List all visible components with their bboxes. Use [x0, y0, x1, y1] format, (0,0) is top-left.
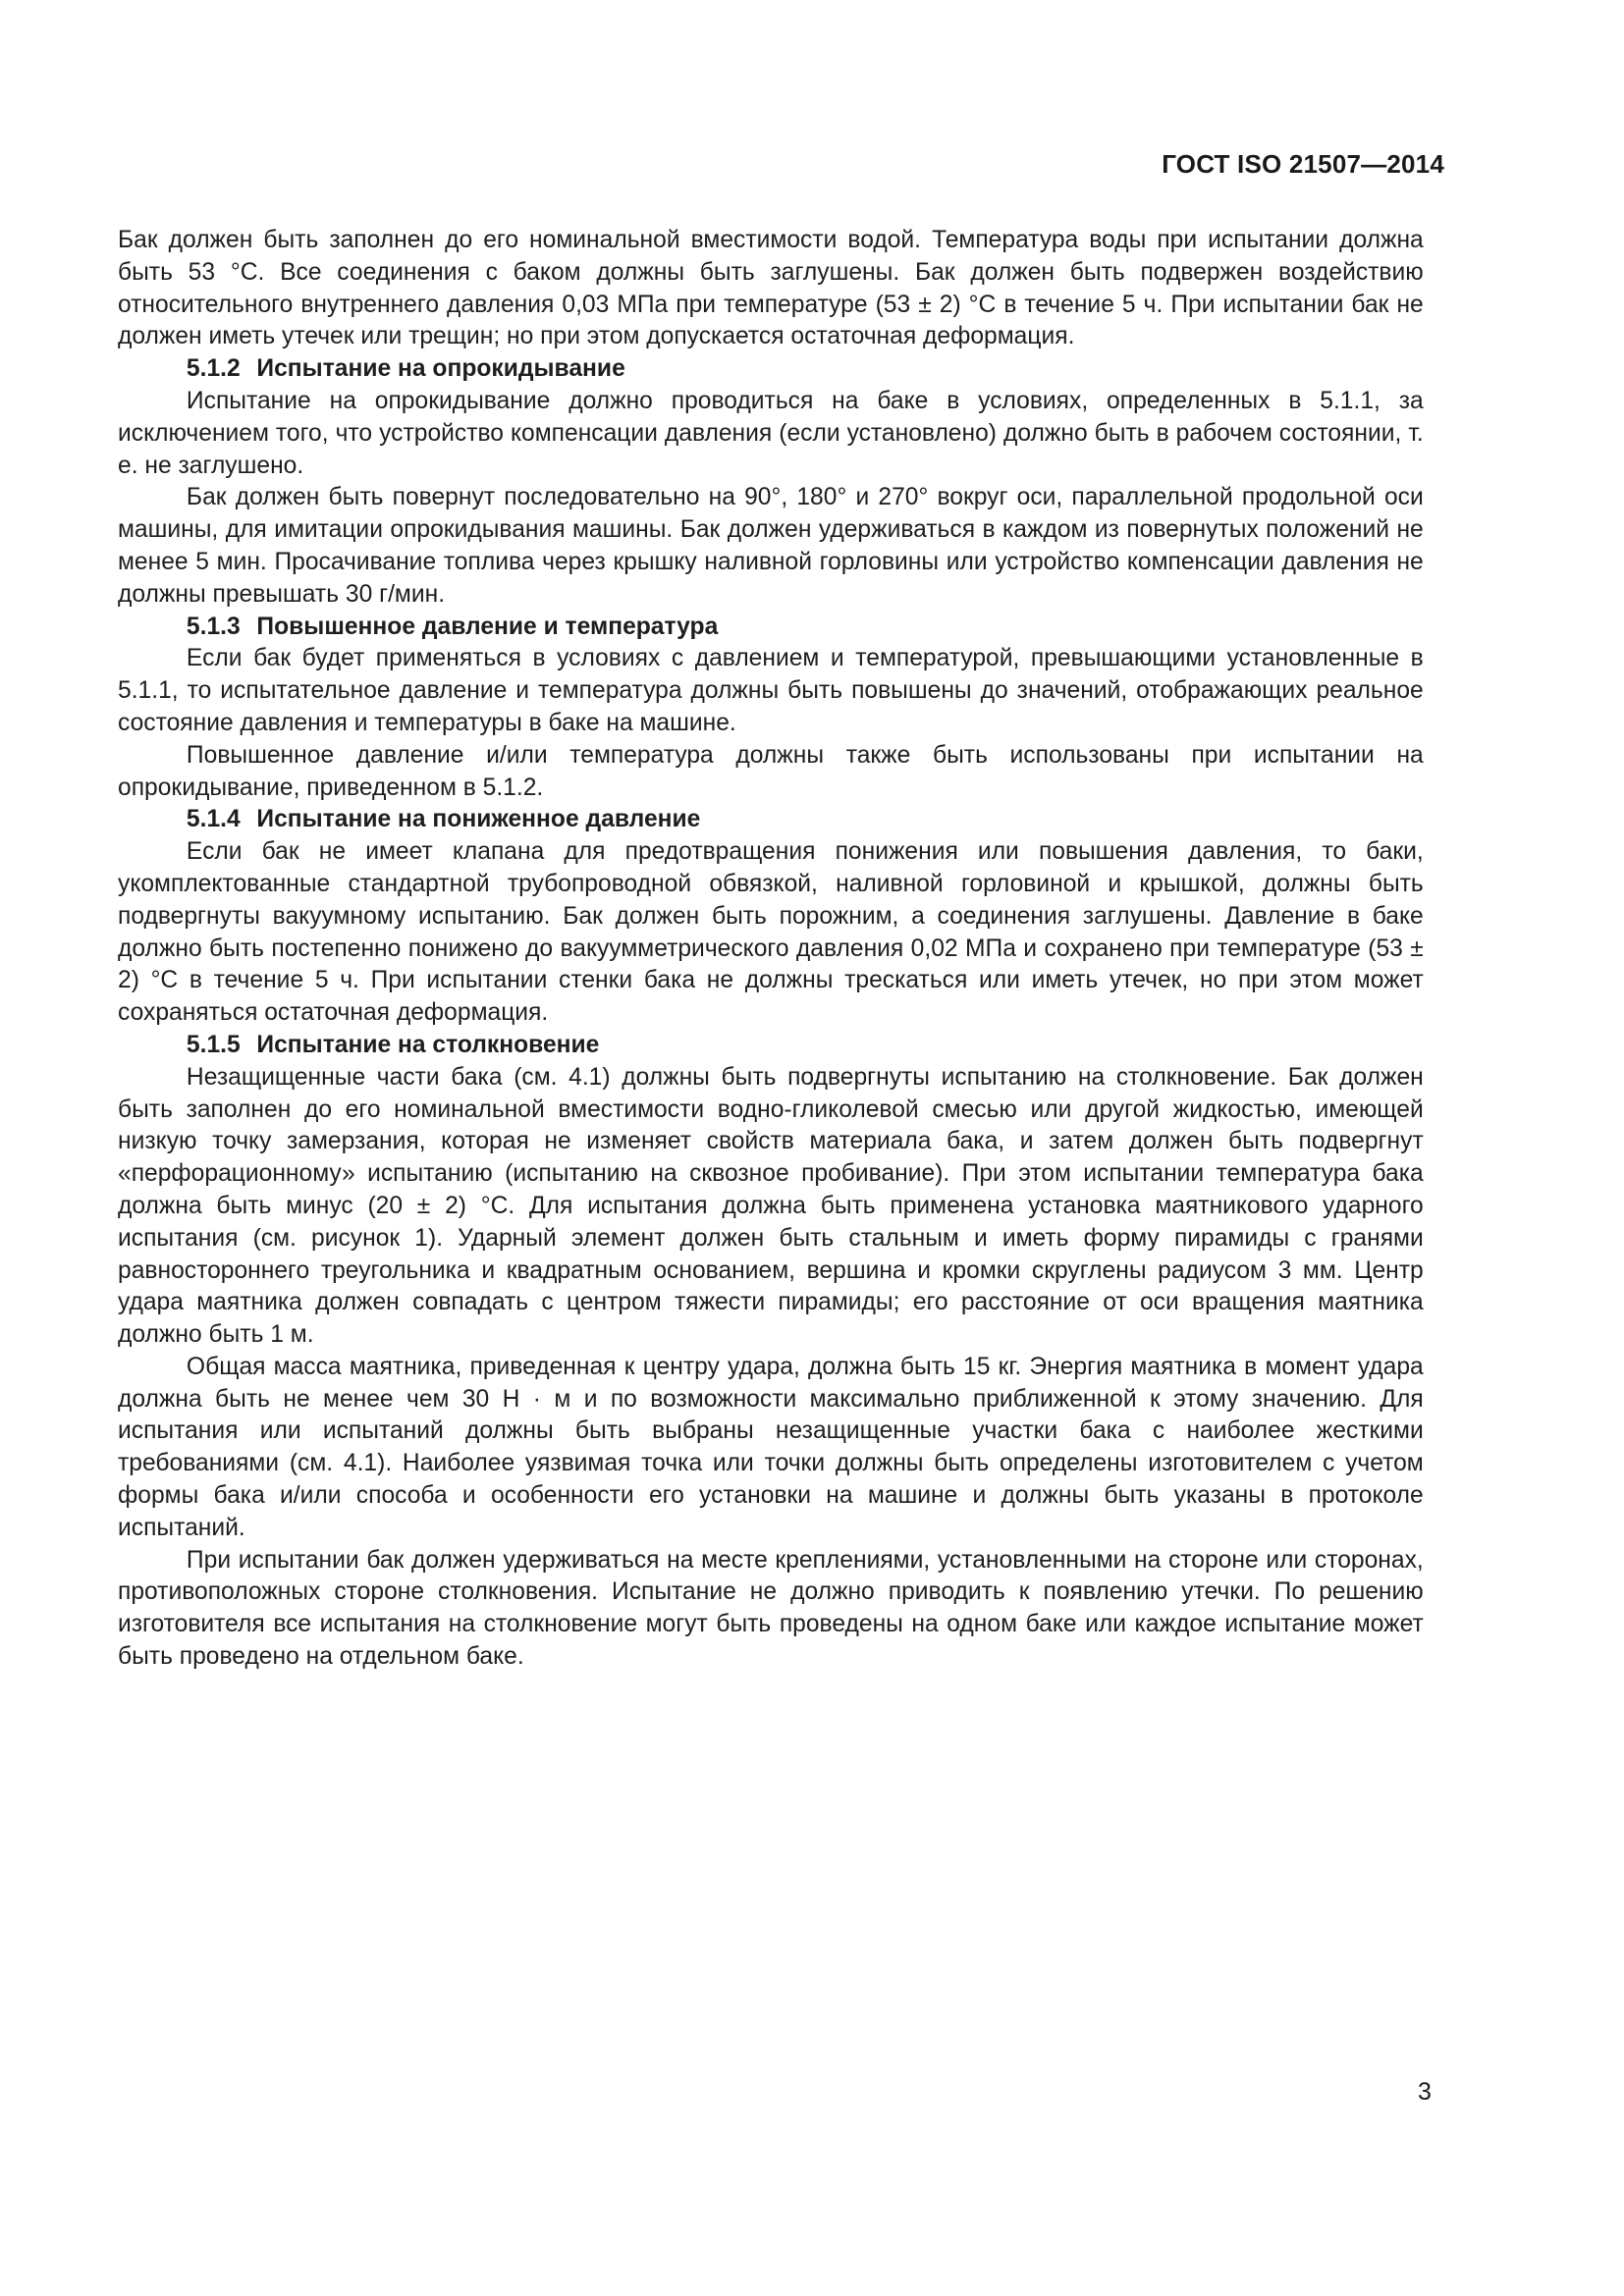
paragraph: Бак должен быть повернут последовательно… — [118, 481, 1424, 610]
paragraph: Незащищенные части бака (см. 4.1) должны… — [118, 1061, 1424, 1351]
paragraph: Если бак не имеет клапана для предотвращ… — [118, 835, 1424, 1029]
section-5-1-3: 5.1.3 Повышенное давление и температура … — [118, 611, 1424, 804]
intro-paragraph: Бак должен быть заполнен до его номиналь… — [118, 224, 1424, 352]
paragraph: Если бак будет применяться в условиях с … — [118, 642, 1424, 738]
section-number: 5.1.5 — [187, 1031, 241, 1058]
document-header-standard-id: ГОСТ ISO 21507—2014 — [1162, 149, 1444, 180]
section-heading: 5.1.5 Испытание на столкновение — [118, 1029, 1424, 1061]
page-number: 3 — [1418, 2078, 1432, 2107]
section-number: 5.1.2 — [187, 354, 241, 382]
paragraph: Испытание на опрокидывание должно провод… — [118, 385, 1424, 481]
section-number: 5.1.4 — [187, 805, 241, 832]
paragraph: Общая масса маятника, приведенная к цент… — [118, 1351, 1424, 1544]
section-5-1-2: 5.1.2 Испытание на опрокидывание Испытан… — [118, 352, 1424, 610]
section-heading: 5.1.2 Испытание на опрокидывание — [118, 352, 1424, 385]
paragraph: При испытании бак должен удерживаться на… — [118, 1544, 1424, 1673]
section-title: Испытание на столкновение — [256, 1031, 599, 1058]
section-5-1-5: 5.1.5 Испытание на столкновение Незащище… — [118, 1029, 1424, 1673]
section-heading: 5.1.3 Повышенное давление и температура — [118, 611, 1424, 643]
section-number: 5.1.3 — [187, 613, 241, 640]
section-5-1-4: 5.1.4 Испытание на пониженное давление Е… — [118, 803, 1424, 1029]
section-title: Повышенное давление и температура — [256, 613, 718, 640]
section-title: Испытание на опрокидывание — [256, 354, 624, 382]
section-heading: 5.1.4 Испытание на пониженное давление — [118, 803, 1424, 835]
paragraph: Повышенное давление и/или температура до… — [118, 739, 1424, 804]
section-title: Испытание на пониженное давление — [256, 805, 700, 832]
document-body: Бак должен быть заполнен до его номиналь… — [118, 224, 1424, 1673]
